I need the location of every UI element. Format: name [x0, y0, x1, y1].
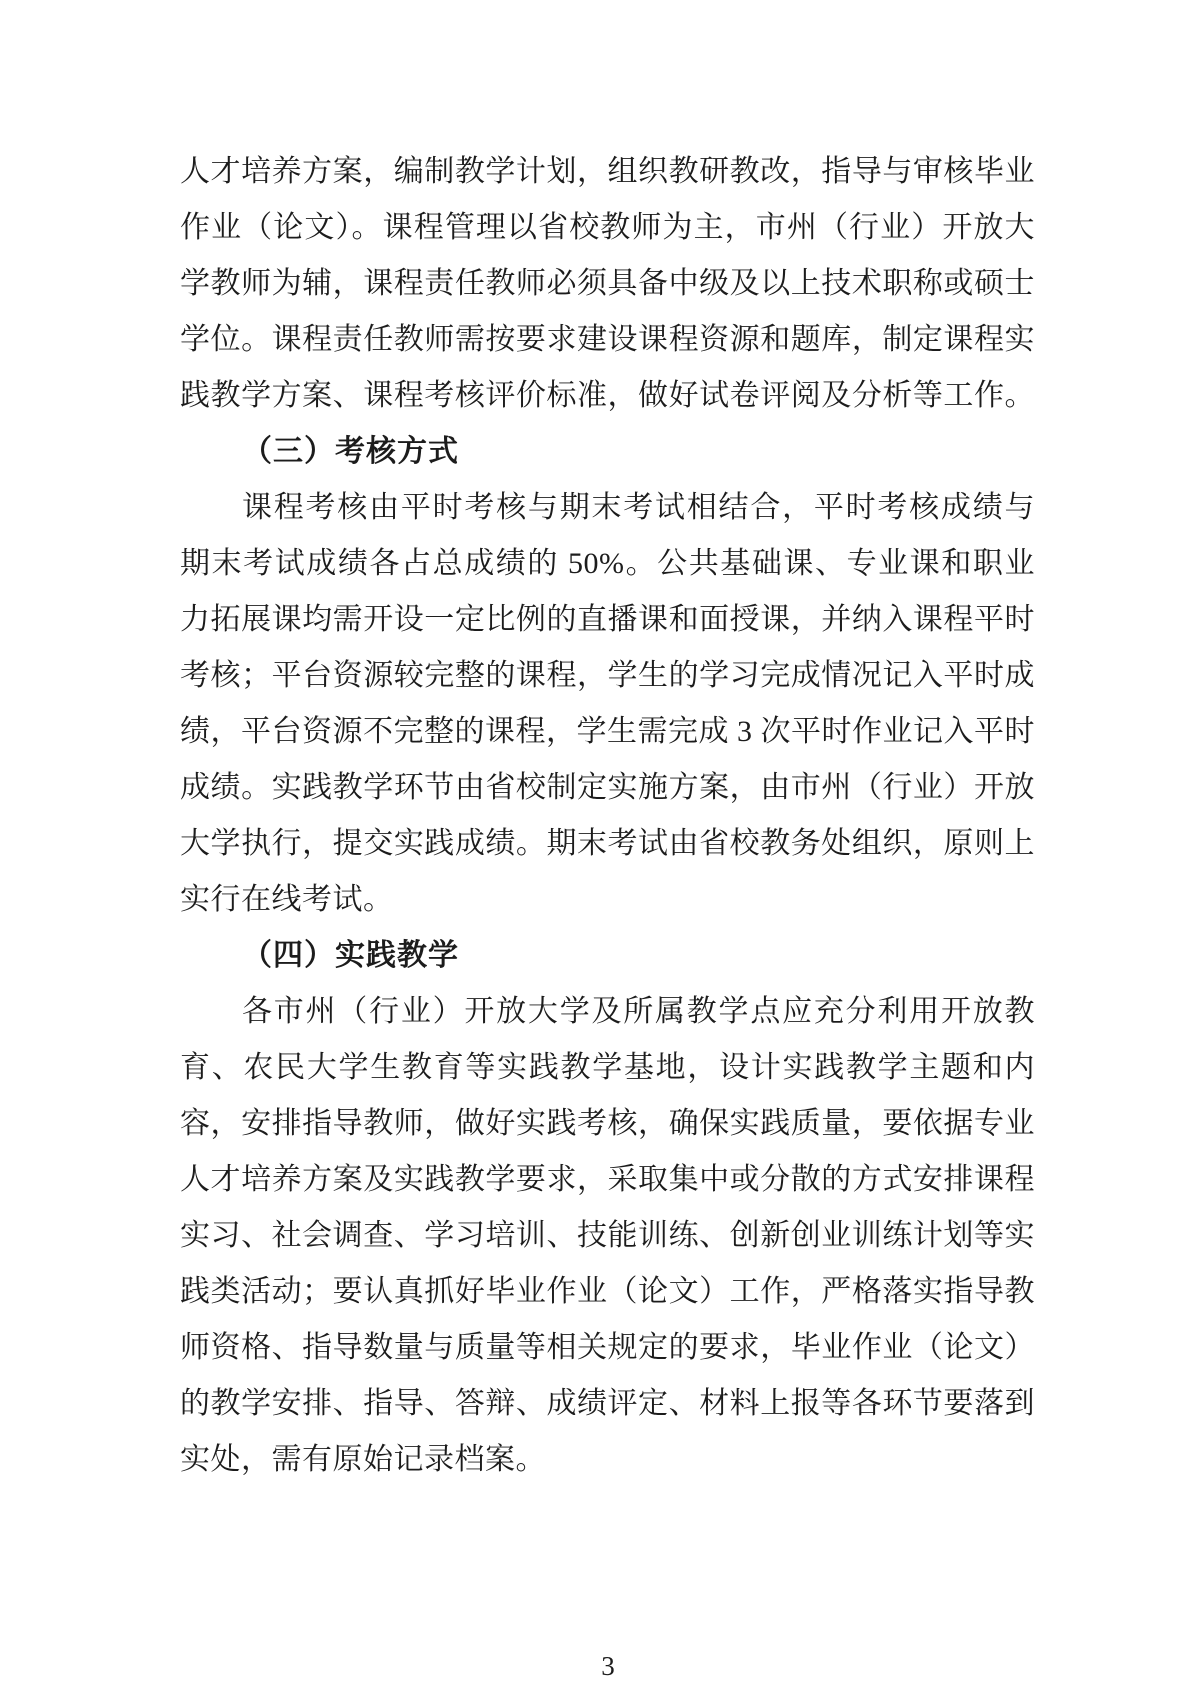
body-line: 践类活动；要认真抓好毕业作业（论文）工作，严格落实指导教 — [180, 1264, 1035, 1320]
body-line: 实行在线考试。 — [180, 872, 1035, 928]
body-line: 大学执行，提交实践成绩。期末考试由省校教务处组织，原则上 — [180, 816, 1035, 872]
body-line: 作业（论文）。课程管理以省校教师为主，市州（行业）开放大 — [180, 200, 1035, 256]
body-line: 各市州（行业）开放大学及所属教学点应充分利用开放教 — [180, 984, 1035, 1040]
body-line: 课程考核由平时考核与期末考试相结合，平时考核成绩与 — [180, 480, 1035, 536]
body-line: 实习、社会调查、学习培训、技能训练、创新创业训练计划等实 — [180, 1208, 1035, 1264]
body-line: 容，安排指导教师，做好实践考核，确保实践质量，要依据专业 — [180, 1096, 1035, 1152]
page-body: 人才培养方案，编制教学计划，组织教研教改，指导与审核毕业 作业（论文）。课程管理… — [180, 144, 1035, 1488]
document-page: 人才培养方案，编制教学计划，组织教研教改，指导与审核毕业 作业（论文）。课程管理… — [0, 0, 1191, 1684]
body-line: 践教学方案、课程考核评价标准，做好试卷评阅及分析等工作。 — [180, 368, 1035, 424]
body-line: 学教师为辅，课程责任教师必须具备中级及以上技术职称或硕士 — [180, 256, 1035, 312]
body-line: 实处，需有原始记录档案。 — [180, 1432, 1035, 1488]
body-line: 绩，平台资源不完整的课程，学生需完成 3 次平时作业记入平时 — [180, 704, 1035, 760]
body-line: 人才培养方案及实践教学要求，采取集中或分散的方式安排课程 — [180, 1152, 1035, 1208]
body-line: 成绩。实践教学环节由省校制定实施方案，由市州（行业）开放 — [180, 760, 1035, 816]
body-line: 的教学安排、指导、答辩、成绩评定、材料上报等各环节要落到 — [180, 1376, 1035, 1432]
body-line: 期末考试成绩各占总成绩的 50%。公共基础课、专业课和职业能 — [180, 536, 1035, 592]
body-line: 育、农民大学生教育等实践教学基地，设计实践教学主题和内 — [180, 1040, 1035, 1096]
section-heading-practice: （四）实践教学 — [180, 928, 1035, 984]
page-number: 3 — [0, 1648, 1191, 1684]
body-line: 师资格、指导数量与质量等相关规定的要求，毕业作业（论文） — [180, 1320, 1035, 1376]
body-line: 学位。课程责任教师需按要求建设课程资源和题库，制定课程实 — [180, 312, 1035, 368]
body-line: 人才培养方案，编制教学计划，组织教研教改，指导与审核毕业 — [180, 144, 1035, 200]
body-line: 力拓展课均需开设一定比例的直播课和面授课，并纳入课程平时 — [180, 592, 1035, 648]
body-line: 考核；平台资源较完整的课程，学生的学习完成情况记入平时成 — [180, 648, 1035, 704]
page-number-value: 3 — [601, 1651, 615, 1681]
section-heading-assessment: （三）考核方式 — [180, 424, 1035, 480]
